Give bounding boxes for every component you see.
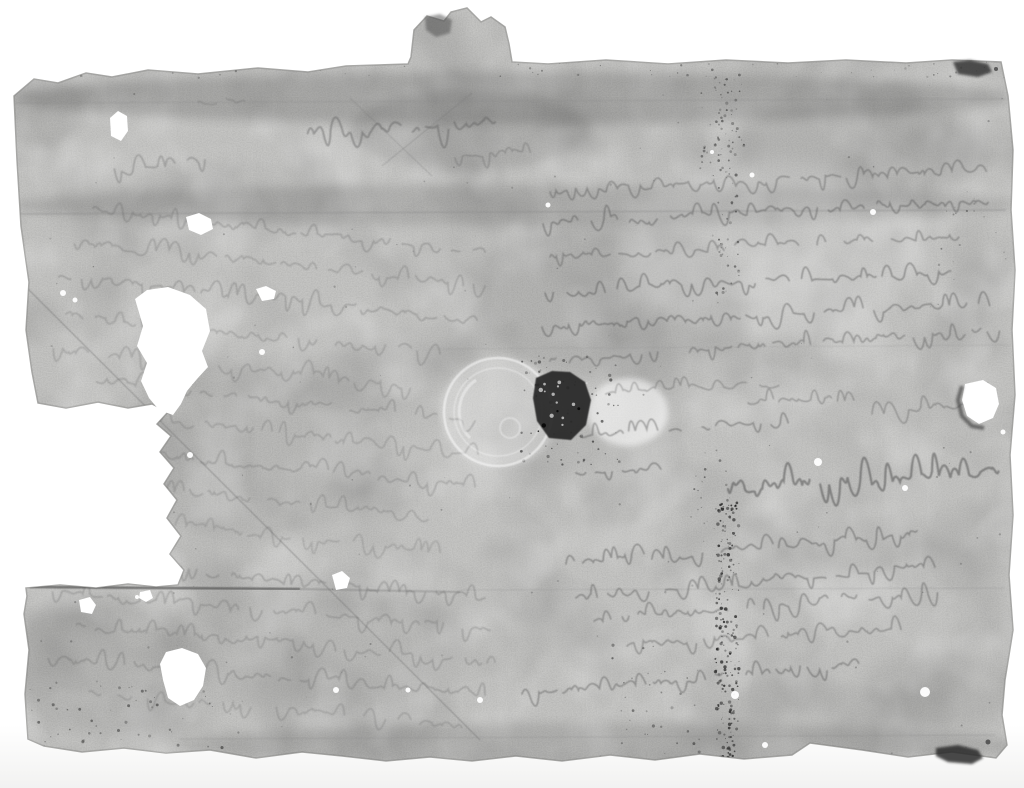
paper-loss-dot [710, 150, 714, 154]
paper-loss-dot [902, 485, 908, 491]
letter-scan-svg [0, 0, 1024, 788]
paper-loss-dot [333, 687, 339, 693]
paper-loss-dot [750, 173, 755, 178]
paper-loss-dot [814, 458, 822, 466]
paper-loss-dot [60, 290, 66, 296]
wax-mottle [538, 430, 540, 432]
paper-loss-dot [546, 203, 551, 208]
paper-loss-dot [731, 691, 739, 699]
paper-loss-dot [73, 298, 78, 303]
paper-loss-dot [870, 209, 876, 215]
wax-mottle [544, 390, 546, 392]
paper-loss-dot [259, 349, 265, 355]
smudge-dot [986, 740, 991, 745]
wax-mottle [542, 423, 546, 427]
wax-mottle [577, 407, 580, 410]
wax-mottle [557, 385, 559, 387]
scanned-letter-page: Grayscale scan of a badly damaged, faded… [0, 0, 1024, 788]
paper-loss-dot [1001, 430, 1006, 435]
smudge-dot [994, 67, 998, 71]
wax-mottle [561, 417, 564, 420]
paper-loss-dot [187, 452, 193, 458]
wax-mottle [539, 388, 543, 392]
wax-mottle [550, 414, 554, 418]
paper-loss-dot [920, 687, 930, 697]
paper-loss-dot [477, 697, 483, 703]
stain [588, 378, 668, 446]
paper-loss-dot [762, 742, 768, 748]
wax-mottle [543, 383, 546, 386]
wax-mottle [561, 424, 563, 426]
wax-mottle [552, 393, 555, 396]
wax-mottle [572, 403, 575, 406]
paper-loss-dot [135, 595, 139, 599]
wax-mottle [586, 382, 588, 384]
wax-mottle [556, 401, 558, 403]
wax-mottle [557, 380, 561, 384]
stain [860, 650, 1020, 730]
stain [180, 723, 1020, 767]
wax-mottle [556, 410, 558, 412]
paper-loss-dot [406, 688, 411, 693]
